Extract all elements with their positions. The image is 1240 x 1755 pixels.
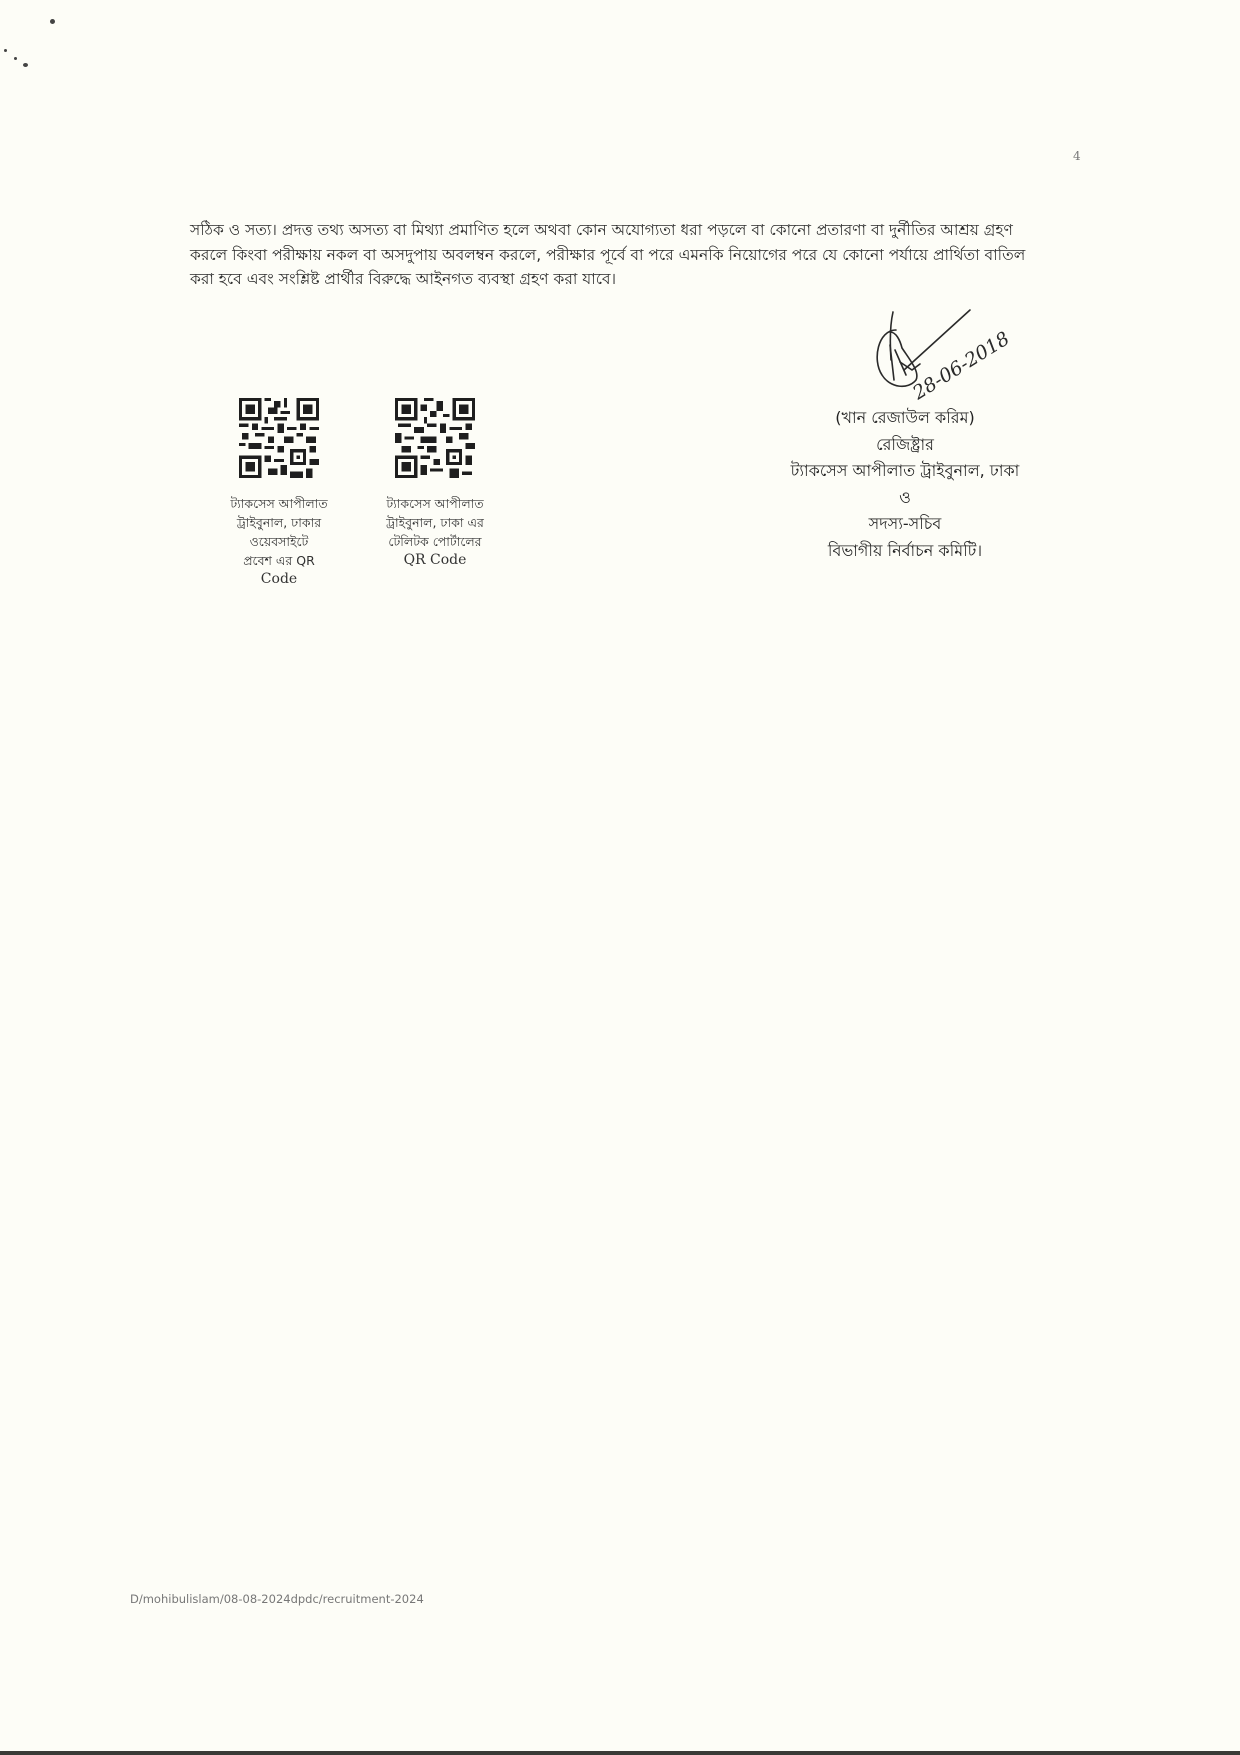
caption-line: টেলিটক পোর্টালের [370, 532, 500, 551]
caption-line: Code [214, 570, 344, 589]
handwritten-date: 28-06-2018 [908, 328, 1013, 405]
signatory-role: সদস্য-সচিব [740, 511, 1070, 538]
caption-line: ওয়েবসাইটে [214, 532, 344, 551]
signatory-name: (খান রেজাউল করিম) [740, 405, 1070, 432]
handwritten-signature: 28-06-2018 [860, 300, 1080, 420]
qr-caption-website: ট্যাকসেস আপীলাত ট্রাইবুনাল, ঢাকার ওয়েবস… [214, 494, 344, 589]
signatory-conjunction: ও [740, 485, 1070, 512]
qr-code-icon [395, 398, 475, 478]
signatory-office: ট্যাকসেস আপীলাত ট্রাইবুনাল, ঢাকা [740, 458, 1070, 485]
caption-line: ট্যাকসেস আপীলাত [370, 494, 500, 513]
paragraph-line: করলে কিংবা পরীক্ষায় নকল বা অসদুপায় অবল… [190, 243, 1130, 268]
paragraph-line: সঠিক ও সত্য। প্রদত্ত তথ্য অসত্য বা মিথ্য… [190, 218, 1130, 243]
qr-code-icon [239, 398, 319, 478]
scan-speck [50, 19, 55, 24]
signatory-block: (খান রেজাউল করিম) রেজিষ্ট্রার ট্যাকসেস আ… [740, 405, 1070, 564]
scan-speck [23, 63, 28, 67]
scan-edge [0, 1751, 1240, 1755]
footer-file-path: D/mohibulislam/08-08-2024dpdc/recruitmen… [130, 1592, 424, 1606]
signatory-committee: বিভাগীয় নির্বাচন কমিটি। [740, 538, 1070, 565]
scan-speck [4, 49, 7, 52]
scan-speck [14, 57, 17, 60]
page-number: 4 [1073, 149, 1081, 163]
caption-line: ট্রাইবুনাল, ঢাকার [214, 513, 344, 532]
caption-line: ট্রাইবুনাল, ঢাকা এর [370, 513, 500, 532]
paragraph-line: করা হবে এবং সংশ্লিষ্ট প্রার্থীর বিরুদ্ধে… [190, 267, 1130, 292]
caption-line: ট্যাকসেস আপীলাত [214, 494, 344, 513]
body-paragraph: সঠিক ও সত্য। প্রদত্ত তথ্য অসত্য বা মিথ্য… [190, 218, 1130, 292]
caption-line: QR Code [370, 551, 500, 570]
qr-block-website: ট্যাকসেস আপীলাত ট্রাইবুনাল, ঢাকার ওয়েবস… [214, 398, 344, 589]
caption-line: প্রবেশ এর QR [214, 551, 344, 570]
qr-caption-teletalk: ট্যাকসেস আপীলাত ট্রাইবুনাল, ঢাকা এর টেলি… [370, 494, 500, 570]
signatory-designation: রেজিষ্ট্রার [740, 432, 1070, 459]
qr-block-teletalk: ট্যাকসেস আপীলাত ট্রাইবুনাল, ঢাকা এর টেলি… [370, 398, 500, 570]
